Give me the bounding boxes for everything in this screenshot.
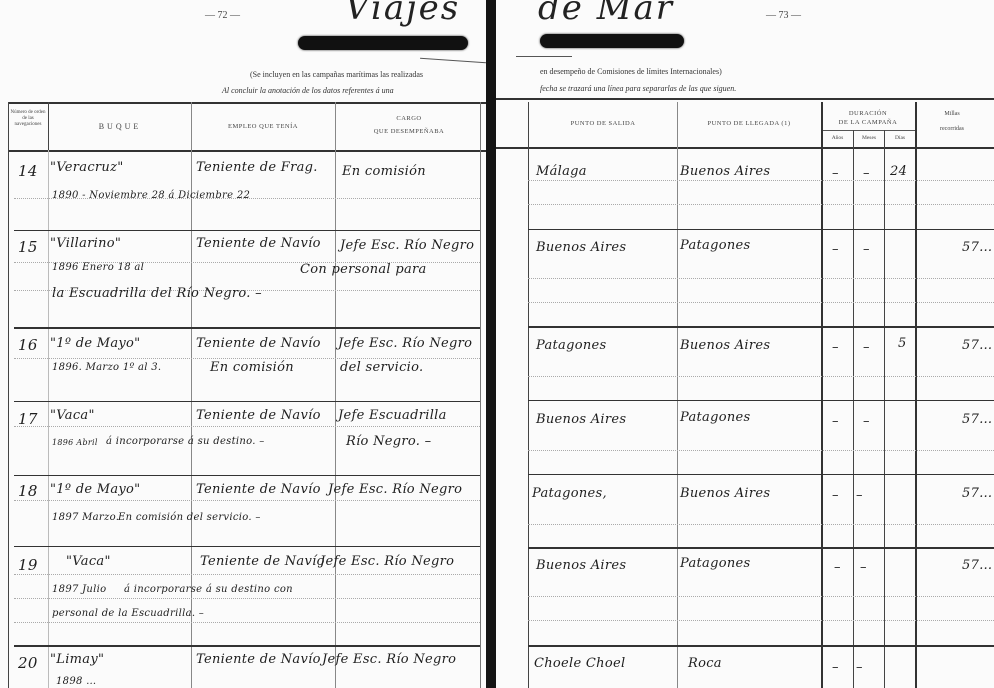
header-millas-line1: Millas xyxy=(917,111,987,118)
right-page-number: — 73 — xyxy=(766,10,801,21)
header-dias: Días xyxy=(885,135,915,141)
row-19-buque: "Vaca" xyxy=(66,554,111,569)
row-17-salida: Buenos Aires xyxy=(536,412,626,427)
row-19-number: 19 xyxy=(18,556,38,574)
row-15-llegada: Patagones xyxy=(680,238,750,253)
row-14-llegada: Buenos Aires xyxy=(680,164,770,179)
col-line xyxy=(884,130,885,688)
row-15-salida: Buenos Aires xyxy=(536,240,626,255)
row-17-detalle: á incorporarse á su destino. – xyxy=(106,436,265,447)
row-15-millas: 57… xyxy=(962,240,992,255)
row-rule xyxy=(528,474,994,475)
row-19-llegada: Patagones xyxy=(680,556,750,571)
row-20-number: 20 xyxy=(18,654,38,672)
header-numero: Número de orden de las navegaciones xyxy=(10,110,46,127)
row-17-millas: 57… xyxy=(962,412,992,427)
row-16-dias: 5 xyxy=(898,336,907,351)
col-line xyxy=(821,102,823,688)
row-19-detalle: á incorporarse á su destino con xyxy=(124,584,293,595)
row-14-meses: – xyxy=(863,166,870,181)
row-14-number: 14 xyxy=(18,162,38,180)
ruled-line xyxy=(528,620,994,621)
row-16-empleo: Teniente de Navío xyxy=(196,336,321,351)
header-salida: PUNTO DE SALIDA xyxy=(530,120,676,128)
row-rule xyxy=(528,326,994,328)
row-16-empleo-extra: En comisión xyxy=(210,360,294,375)
row-14-anos: – xyxy=(832,166,839,181)
row-16-meses: – xyxy=(863,340,870,355)
row-14-fecha: 1890 - Noviembre 28 á Diciembre 22 xyxy=(52,190,250,201)
table-top-rule xyxy=(8,102,486,104)
row-20-meses: – xyxy=(856,660,863,675)
row-18-empleo: Teniente de Navío xyxy=(196,482,321,497)
row-rule xyxy=(528,547,994,549)
handwritten-title-left: Viajes xyxy=(345,0,460,28)
ink-scribble-left xyxy=(298,36,468,50)
row-17-cargo: Jefe Escuadrilla xyxy=(338,408,447,423)
row-rule xyxy=(14,327,480,329)
header-llegada: PUNTO DE LLEGADA (1) xyxy=(678,120,820,128)
row-17-meses: – xyxy=(863,414,870,429)
col-line xyxy=(677,102,678,688)
ruled-line xyxy=(528,180,994,181)
row-14-salida: Málaga xyxy=(536,164,587,179)
row-14-buque: "Veracruz" xyxy=(50,160,124,175)
col-line xyxy=(335,102,336,688)
row-20-buque: "Limay" xyxy=(50,652,104,667)
row-20-fecha: 1898 … xyxy=(56,676,96,687)
row-17-buque: "Vaca" xyxy=(50,408,95,423)
ruled-line xyxy=(528,278,994,279)
ruled-line xyxy=(14,426,480,427)
right-page: de Mar — 73 — en desempeño de Comisiones… xyxy=(496,0,994,688)
left-page: — 72 — Viajes (Se incluyen en las campañ… xyxy=(0,0,486,688)
row-15-cargo: Jefe Esc. Río Negro xyxy=(340,238,474,253)
row-16-number: 16 xyxy=(18,336,38,354)
row-20-empleo: Teniente de Navío xyxy=(196,652,321,667)
ruled-line xyxy=(528,302,994,303)
header-empleo: EMPLEO QUE TENÍA xyxy=(192,123,334,131)
row-19-salida: Buenos Aires xyxy=(536,558,626,573)
row-19-meses: – xyxy=(860,560,867,575)
ruled-line xyxy=(528,596,994,597)
header-meses: Meses xyxy=(854,135,884,141)
row-rule xyxy=(14,546,480,547)
intro-right-line1: en desempeño de Comisiones de límites In… xyxy=(540,67,722,76)
row-18-anos: – xyxy=(832,488,839,503)
col-line xyxy=(480,102,481,688)
row-rule xyxy=(14,475,480,476)
row-16-llegada: Buenos Aires xyxy=(680,338,770,353)
row-20-salida: Choele Choel xyxy=(534,656,625,671)
row-19-detalle-2: personal de la Escuadrilla. – xyxy=(52,608,204,619)
header-bottom-rule xyxy=(8,150,486,152)
row-18-number: 18 xyxy=(18,482,38,500)
ruled-line xyxy=(528,524,994,525)
left-page-number: — 72 — xyxy=(205,10,240,21)
row-16-fecha: 1896. Marzo 1º al 3. xyxy=(52,362,161,373)
ruled-line xyxy=(14,622,480,623)
row-rule xyxy=(14,645,480,647)
row-20-llegada: Roca xyxy=(688,656,722,671)
row-19-fecha: 1897 Julio xyxy=(52,584,107,595)
ruled-line xyxy=(528,204,994,205)
row-16-salida: Patagones xyxy=(536,338,606,353)
col-line xyxy=(8,102,9,688)
book-spine xyxy=(486,0,496,688)
row-15-buque: "Villarino" xyxy=(50,236,121,251)
row-18-buque: "1º de Mayo" xyxy=(50,482,140,497)
row-18-fecha: 1897 Marzo. xyxy=(52,512,119,523)
col-line xyxy=(528,102,529,688)
duracion-subheader-rule xyxy=(822,130,915,131)
row-17-cargo-extra: Río Negro. – xyxy=(346,434,431,449)
row-19-empleo: Teniente de Navío xyxy=(200,554,325,569)
row-16-anos: – xyxy=(832,340,839,355)
ruled-line xyxy=(14,500,480,501)
stray-pen-line xyxy=(420,58,486,64)
handwritten-title-right: de Mar xyxy=(538,0,674,28)
header-cargo-line2: QUE DESEMPEÑABA xyxy=(336,128,482,136)
col-line xyxy=(853,130,854,688)
row-15-meses: – xyxy=(863,242,870,257)
row-18-llegada: Buenos Aires xyxy=(680,486,770,501)
row-15-fecha: 1896 Enero 18 al xyxy=(52,262,144,273)
row-20-anos: – xyxy=(832,660,839,675)
row-rule xyxy=(14,401,480,402)
row-16-millas: 57… xyxy=(962,338,992,353)
row-14-empleo: Teniente de Frag. xyxy=(196,160,318,175)
row-14-cargo: En comisión xyxy=(342,164,426,179)
row-15-empleo: Teniente de Navío xyxy=(196,236,321,251)
ruled-line xyxy=(14,358,480,359)
row-17-anos: – xyxy=(832,414,839,429)
row-19-cargo: Jefe Esc. Río Negro xyxy=(320,554,454,569)
row-17-fecha: 1896 Abril xyxy=(52,438,98,447)
row-15-note-2: la Escuadrilla del Río Negro. – xyxy=(52,286,262,301)
row-rule xyxy=(528,645,994,647)
ruled-line xyxy=(528,450,994,451)
ruled-line xyxy=(14,598,480,599)
row-16-cargo-extra: del servicio. xyxy=(340,360,423,375)
row-18-meses: – xyxy=(856,488,863,503)
row-16-cargo: Jefe Esc. Río Negro xyxy=(338,336,472,351)
header-buque: BUQUE xyxy=(50,122,190,132)
intro-left-line1: (Se incluyen en las campañas marítimas l… xyxy=(250,70,423,79)
header-duracion-line2: DE LA CAMPAÑA xyxy=(822,119,914,127)
row-17-number: 17 xyxy=(18,410,38,428)
row-20-cargo: Jefe Esc. Río Negro xyxy=(322,652,456,667)
header-cargo-line1: CARGO xyxy=(336,115,482,123)
header-bottom-rule xyxy=(496,147,994,149)
row-rule xyxy=(14,230,480,231)
row-18-cargo: Jefe Esc. Río Negro xyxy=(328,482,462,497)
row-17-llegada: Patagones xyxy=(680,410,750,425)
intro-right-line2: fecha se trazará una línea para separarl… xyxy=(540,84,736,93)
header-duracion-line1: DURACIÓN xyxy=(822,110,914,118)
ink-scribble-right xyxy=(540,34,684,48)
stray-pen-line xyxy=(516,56,572,57)
row-18-millas: 57… xyxy=(962,486,992,501)
col-line xyxy=(915,102,917,688)
row-rule xyxy=(528,229,994,230)
row-17-empleo: Teniente de Navío xyxy=(196,408,321,423)
header-anos: Años xyxy=(822,135,853,141)
row-16-buque: "1º de Mayo" xyxy=(50,336,140,351)
header-millas-line2: recorridas xyxy=(917,126,987,133)
row-rule xyxy=(528,400,994,401)
table-top-rule xyxy=(496,98,994,100)
row-15-number: 15 xyxy=(18,238,38,256)
intro-left-line2: Al concluir la anotación de los datos re… xyxy=(222,86,394,95)
col-line xyxy=(48,102,49,150)
row-18-salida: Patagones, xyxy=(532,486,607,501)
row-15-anos: – xyxy=(832,242,839,257)
row-19-anos: – xyxy=(834,560,841,575)
ruled-line xyxy=(528,376,994,377)
ruled-line xyxy=(14,574,480,575)
row-15-note: Con personal para xyxy=(300,262,427,277)
row-19-millas: 57… xyxy=(962,558,992,573)
row-14-dias: 24 xyxy=(890,164,907,179)
row-18-detalle: En comisión del servicio. – xyxy=(118,512,261,523)
